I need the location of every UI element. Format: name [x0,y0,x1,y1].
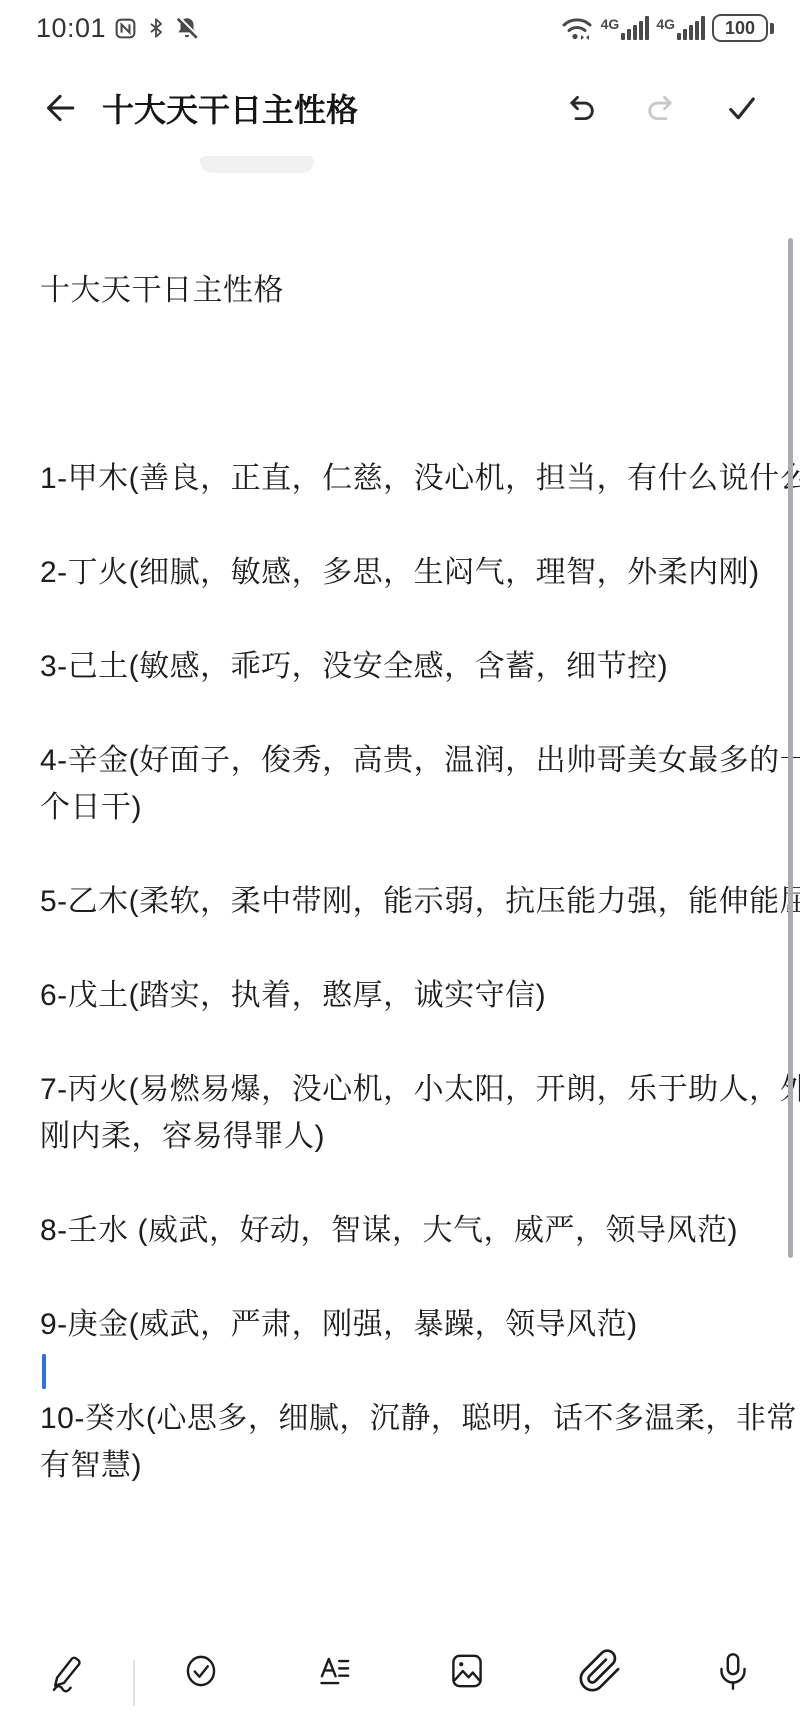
editor-toolbar [0,1590,800,1727]
mobile-signal-2: 4G [656,16,705,40]
note-line[interactable] [40,1019,760,1066]
note-line[interactable] [40,831,760,878]
battery-nub [770,23,774,34]
handwriting-icon [44,1648,90,1694]
handwriting-button[interactable] [0,1648,133,1694]
note-line[interactable]: 4-辛金(好面子，俊秀，高贵，温润，出帅哥美女最多的一 [40,737,760,784]
mobile-signal-1: 4G [601,16,650,40]
status-bar: 10:01 [0,0,800,56]
undo-icon [564,91,598,125]
save-button[interactable] [724,90,760,126]
text-format-button[interactable] [268,1648,401,1694]
note-line[interactable]: 3-己土(敏感，乖巧，没安全感，含蓄，细节控) [40,643,760,690]
note-line[interactable] [40,1160,760,1207]
note-line[interactable]: 个日干) [40,784,760,831]
bluetooth-icon [145,16,167,40]
insert-image-button[interactable] [401,1648,534,1694]
note-line[interactable]: 7-丙火(易燃易爆，没心机，小太阳，开朗，乐于助人，外 [40,1066,760,1113]
attachment-button[interactable] [534,1648,667,1694]
note-line[interactable]: 9-庚金(威武，严肃，刚强，暴躁，领导风范) [40,1301,760,1348]
voice-input-button[interactable] [667,1648,800,1694]
note-line[interactable]: 有智慧) [40,1442,760,1489]
note-line[interactable] [40,690,760,737]
note-line[interactable] [40,361,760,408]
note-line[interactable] [40,1254,760,1301]
redo-icon [644,91,678,125]
scrolled-card-peek [200,156,314,173]
notifications-muted-icon [174,15,200,41]
wifi-icon [560,14,594,42]
note-line[interactable]: 刚内柔，容易得罪人) [40,1113,760,1160]
undo-button[interactable] [564,91,598,125]
battery-indicator: 100 [712,14,774,42]
page-title: 十大天干日主性格 [102,85,564,131]
image-icon [444,1648,490,1694]
note-body[interactable]: 十大天干日主性格1-甲木(善良，正直，仁慈，没心机，担当，有什么说什么)2-丁火… [40,267,760,1489]
note-line[interactable] [40,314,760,361]
text-cursor [42,1354,46,1389]
nfc-icon [113,16,138,41]
note-line[interactable] [40,408,760,455]
note-line[interactable] [40,502,760,549]
text-format-icon [311,1648,357,1694]
note-line[interactable]: 6-戊土(踏实，执着，憨厚，诚实守信) [40,972,760,1019]
note-line[interactable]: 5-乙木(柔软，柔中带刚，能示弱，抗压能力强，能伸能屈) [40,878,760,925]
battery-level: 100 [712,14,768,42]
note-line[interactable]: 1-甲木(善良，正直，仁慈，没心机，担当，有什么说什么) [40,455,760,502]
note-header: 十大天干日主性格 [0,56,800,160]
back-button[interactable] [40,90,76,126]
redo-button[interactable] [644,91,678,125]
scrollbar[interactable] [788,238,793,1258]
checklist-button[interactable] [135,1648,268,1694]
notes-app-screen: 10:01 [0,0,800,1727]
note-line[interactable] [40,596,760,643]
note-line[interactable] [40,1348,760,1395]
confirm-check-icon [724,90,760,126]
note-line[interactable]: 8-壬水 (威武，好动，智谋，大气，威严，领导风范) [40,1207,760,1254]
note-line[interactable]: 10-癸水(心思多，细腻，沉静，聪明，话不多温柔，非常 [40,1395,760,1442]
note-line[interactable]: 2-丁火(细腻，敏感，多思，生闷气，理智，外柔内刚) [40,549,760,596]
note-line[interactable] [40,925,760,972]
checklist-icon [178,1648,224,1694]
voice-icon [710,1648,756,1694]
note-line[interactable]: 十大天干日主性格 [40,267,760,314]
clock: 10:01 [36,13,106,44]
attachment-icon [577,1648,623,1694]
